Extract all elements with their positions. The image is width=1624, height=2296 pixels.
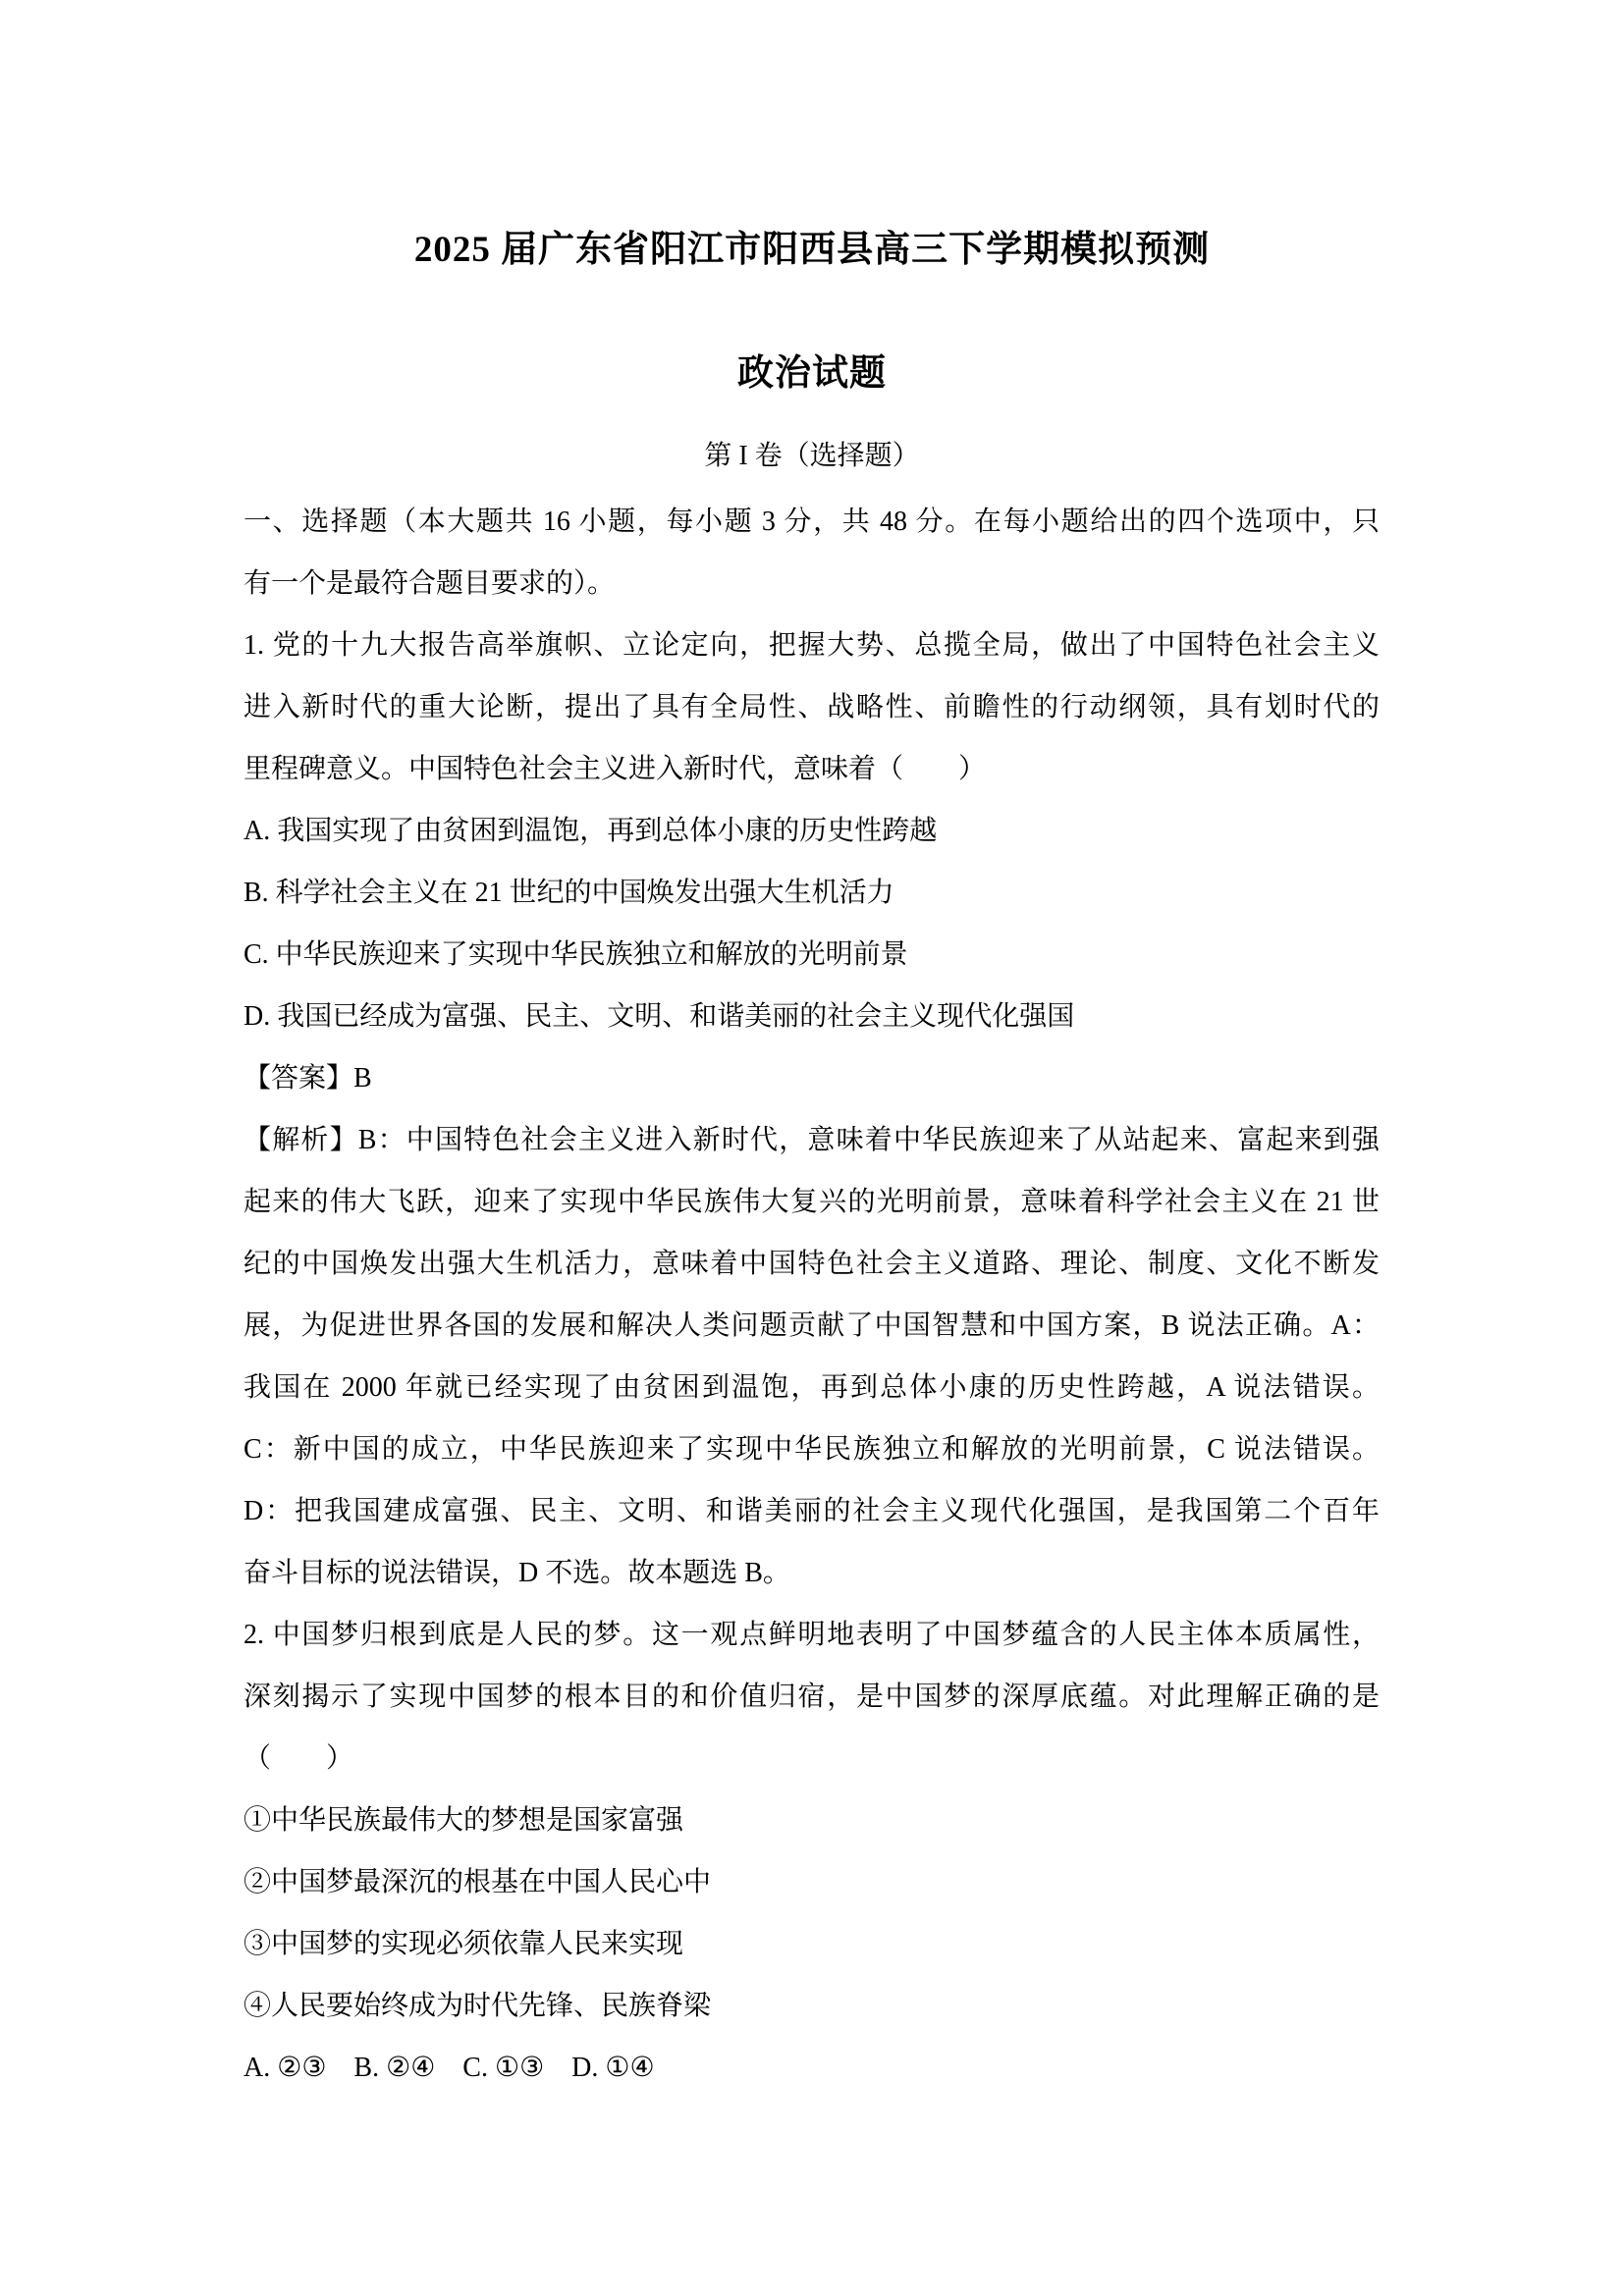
document-subtitle: 政治试题 xyxy=(0,351,1624,397)
document-body: 一、选择题（本大题共 16 小题，每小题 3 分，共 48 分。在每小题给出的四… xyxy=(244,491,1380,2099)
text-line: C：新中国的成立，中华民族迎来了实现中华民族独立和解放的光明前景，C 说法错误。 xyxy=(244,1418,1380,1480)
text-line: 2. 中国梦归根到底是人民的梦。这一观点鲜明地表明了中国梦蕴含的人民主体本质属性… xyxy=(244,1604,1380,1666)
text-line: ③中国梦的实现必须依靠人民来实现 xyxy=(244,1913,1380,1975)
text-line: 有一个是最符合题目要求的）。 xyxy=(244,553,1380,614)
question-2-stem: 2. 中国梦归根到底是人民的梦。这一观点鲜明地表明了中国梦蕴含的人民主体本质属性… xyxy=(244,1604,1380,1789)
document-title: 2025 届广东省阳江市阳西县高三下学期模拟预测 xyxy=(0,228,1624,273)
text-line: 深刻揭示了实现中国梦的根本目的和价值归宿，是中国梦的深厚底蕴。对此理解正确的是 xyxy=(244,1666,1380,1728)
text-line: A. 我国实现了由贫困到温饱，再到总体小康的历史性跨越 xyxy=(244,800,1380,862)
text-line: D：把我国建成富强、民主、文明、和谐美丽的社会主义现代化强国，是我国第二个百年 xyxy=(244,1480,1380,1542)
text-line: ④人民要始终成为时代先锋、民族脊梁 xyxy=(244,1975,1380,2037)
text-line: 展，为促进世界各国的发展和解决人类问题贡献了中国智慧和中国方案，B 说法正确。A… xyxy=(244,1295,1380,1357)
text-line: C. 中华民族迎来了实现中华民族独立和解放的光明前景 xyxy=(244,924,1380,986)
question-1-options: A. 我国实现了由贫困到温饱，再到总体小康的历史性跨越B. 科学社会主义在 21… xyxy=(244,800,1380,1047)
question-2-choices: A. ②③ B. ②④ C. ①③ D. ①④ xyxy=(244,2037,1380,2099)
text-line: B. 科学社会主义在 21 世纪的中国焕发出强大生机活力 xyxy=(244,862,1380,924)
question-1-analysis: 【解析】B：中国特色社会主义进入新时代，意味着中华民族迎来了从站起来、富起来到强… xyxy=(244,1109,1380,1604)
text-line: 起来的伟大飞跃，迎来了实现中华民族伟大复兴的光明前景，意味着科学社会主义在 21… xyxy=(244,1171,1380,1233)
text-line: 里程碑意义。中国特色社会主义进入新时代，意味着（ ） xyxy=(244,738,1380,800)
text-line: ①中华民族最伟大的梦想是国家富强 xyxy=(244,1789,1380,1851)
text-line: 1. 党的十九大报告高举旗帜、立论定向，把握大势、总揽全局，做出了中国特色社会主… xyxy=(244,614,1380,676)
text-line: 纪的中国焕发出强大生机活力，意味着中国特色社会主义道路、理论、制度、文化不断发 xyxy=(244,1233,1380,1295)
section-heading: 第 I 卷（选择题） xyxy=(0,440,1624,473)
text-line: 一、选择题（本大题共 16 小题，每小题 3 分，共 48 分。在每小题给出的四… xyxy=(244,491,1380,553)
text-line: 【解析】B：中国特色社会主义进入新时代，意味着中华民族迎来了从站起来、富起来到强 xyxy=(244,1109,1380,1171)
text-line: D. 我国已经成为富强、民主、文明、和谐美丽的社会主义现代化强国 xyxy=(244,986,1380,1047)
text-line: 【答案】B xyxy=(244,1047,1380,1109)
text-line: 我国在 2000 年就已经实现了由贫困到温饱，再到总体小康的历史性跨越，A 说法… xyxy=(244,1357,1380,1418)
section-intro: 一、选择题（本大题共 16 小题，每小题 3 分，共 48 分。在每小题给出的四… xyxy=(244,491,1380,614)
document-page: 2025 届广东省阳江市阳西县高三下学期模拟预测 政治试题 第 I 卷（选择题）… xyxy=(0,0,1624,2296)
question-1-stem: 1. 党的十九大报告高举旗帜、立论定向，把握大势、总揽全局，做出了中国特色社会主… xyxy=(244,614,1380,800)
text-line: ②中国梦最深沉的根基在中国人民心中 xyxy=(244,1851,1380,1913)
text-line: 奋斗目标的说法错误，D 不选。故本题选 B。 xyxy=(244,1542,1380,1604)
text-line: （ ） xyxy=(244,1728,1380,1789)
question-2-items: ①中华民族最伟大的梦想是国家富强②中国梦最深沉的根基在中国人民心中③中国梦的实现… xyxy=(244,1789,1380,2037)
text-line: 进入新时代的重大论断，提出了具有全局性、战略性、前瞻性的行动纲领，具有划时代的 xyxy=(244,676,1380,738)
question-1-answer: 【答案】B xyxy=(244,1047,1380,1109)
text-line: A. ②③ B. ②④ C. ①③ D. ①④ xyxy=(244,2037,1380,2099)
